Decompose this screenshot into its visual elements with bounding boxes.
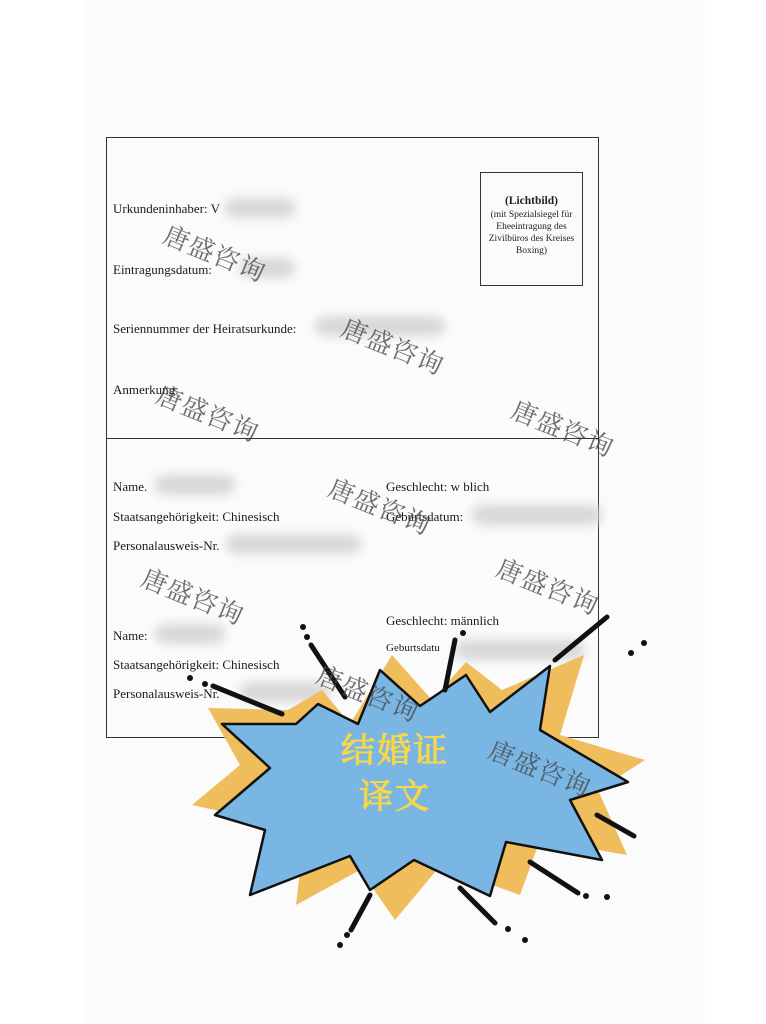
- badge-line-1: 结婚证: [300, 728, 490, 774]
- badge-title: 结婚证 译文: [300, 728, 490, 820]
- burst-badge: [0, 0, 766, 1024]
- badge-line-2: 译文: [300, 774, 490, 820]
